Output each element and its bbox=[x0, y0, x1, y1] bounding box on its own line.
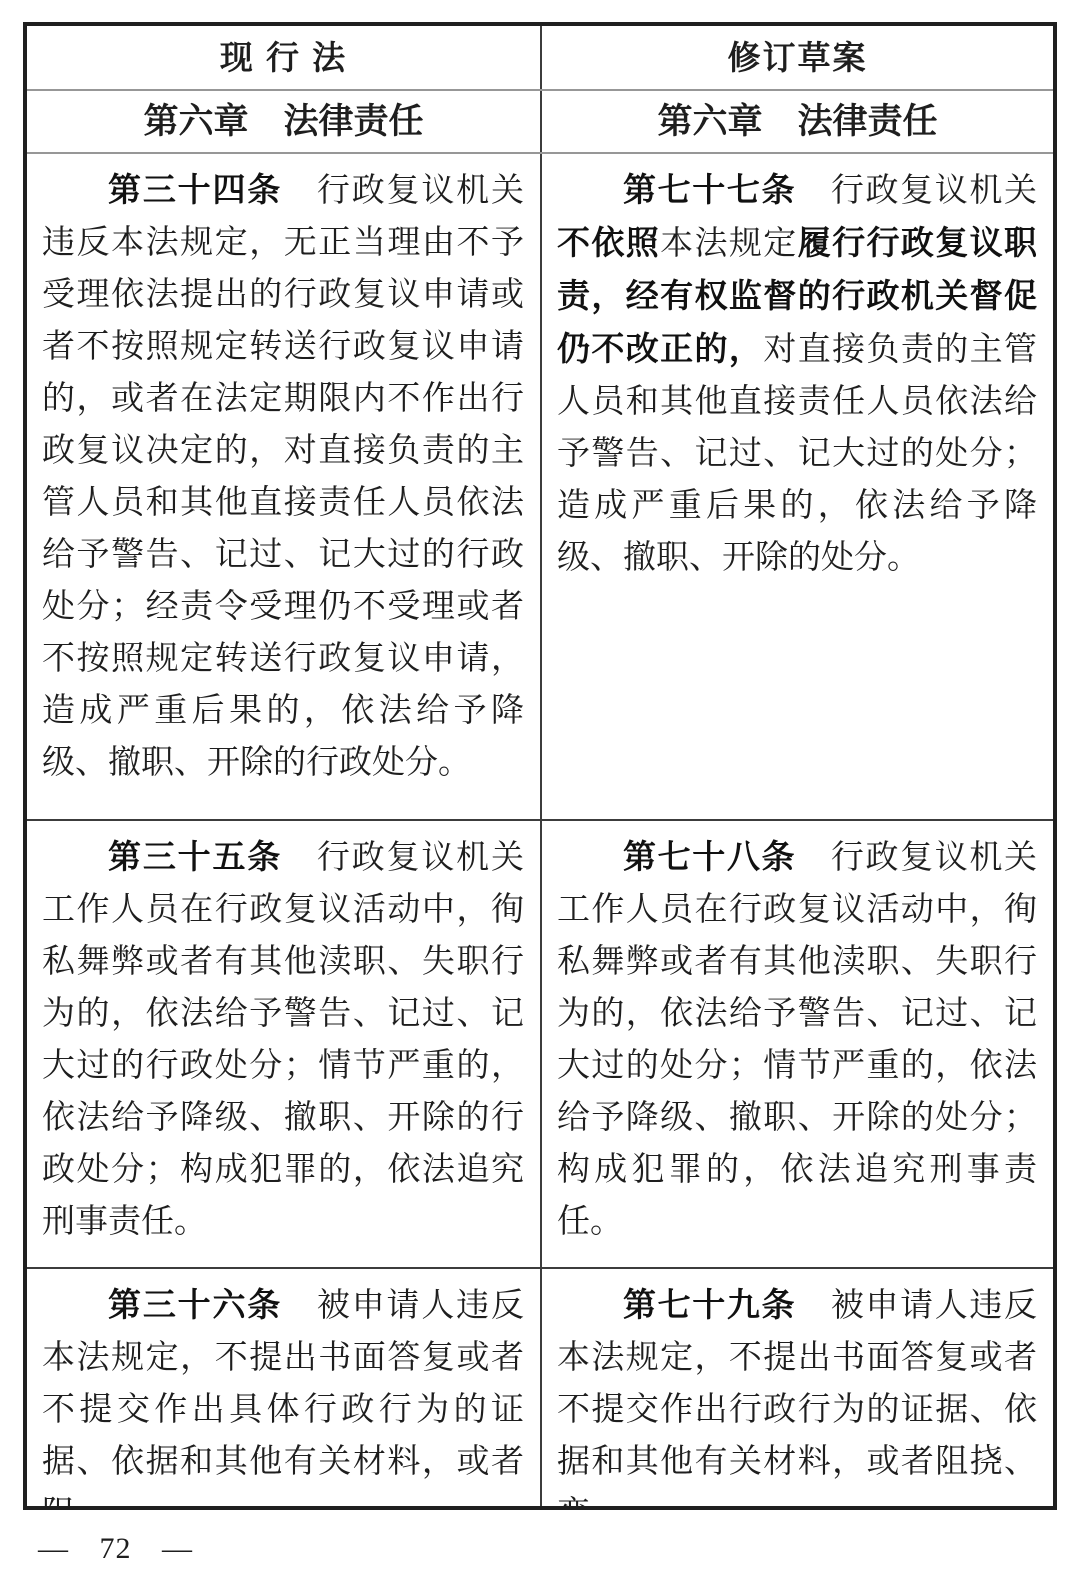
article-cell-left-1: 第三十四条 行政复议机关违反本法规定，无正当理由不予受理依法提出的行政复议申请或… bbox=[27, 154, 540, 819]
column-title-revision-draft: 修订草案 bbox=[540, 26, 1053, 89]
article-row-1: 第三十四条 行政复议机关违反本法规定，无正当理由不予受理依法提出的行政复议申请或… bbox=[27, 154, 1053, 821]
bold-text-segment: 第三十四条 bbox=[108, 171, 282, 208]
bold-text-segment: 第七十八条 bbox=[623, 838, 796, 875]
bold-text-segment: 第三十五条 bbox=[108, 838, 282, 875]
article-cell-right-2: 第七十八条 行政复议机关工作人员在行政复议活动中，徇私舞弊或者有其他渎职、失职行… bbox=[540, 821, 1053, 1267]
article-cell-left-2: 第三十五条 行政复议机关工作人员在行政复议活动中，徇私舞弊或者有其他渎职、失职行… bbox=[27, 821, 540, 1267]
text-segment: 对直接负责的主管人员和其他直接责任人员依法给予警告、记过、记大过的处分；造成严重… bbox=[557, 332, 1037, 576]
text-segment: 行政复议机关违反本法规定，无正当理由不予受理依法提出的行政复议申请或者不按照规定… bbox=[42, 173, 524, 781]
article-paragraph: 第七十七条 行政复议机关不依照本法规定履行行政复议职责，经有权监督的行政机关督促… bbox=[557, 164, 1037, 584]
text-segment: 本法规定 bbox=[660, 226, 798, 262]
chapter-heading-row: 第六章 法律责任 第六章 法律责任 bbox=[27, 91, 1053, 154]
bold-text-segment: 不依照 bbox=[557, 224, 660, 261]
article-paragraph: 第三十五条 行政复议机关工作人员在行政复议活动中，徇私舞弊或者有其他渎职、失职行… bbox=[42, 831, 524, 1248]
chapter-heading-right: 第六章 法律责任 bbox=[540, 91, 1053, 152]
table-header-row: 现 行 法 修订草案 bbox=[27, 26, 1053, 91]
page-number: — 72 — bbox=[38, 1532, 193, 1566]
article-cell-right-3: 第七十九条 被申请人违反本法规定，不提出书面答复或者不提交作出行政行为的证据、依… bbox=[540, 1269, 1053, 1506]
article-paragraph: 第七十八条 行政复议机关工作人员在行政复议活动中，徇私舞弊或者有其他渎职、失职行… bbox=[557, 831, 1037, 1248]
article-cell-left-3: 第三十六条 被申请人违反本法规定，不提出书面答复或者不提交作出具体行政行为的证据… bbox=[27, 1269, 540, 1506]
article-cell-right-1: 第七十七条 行政复议机关不依照本法规定履行行政复议职责，经有权监督的行政机关督促… bbox=[540, 154, 1053, 819]
bold-text-segment: 第三十六条 bbox=[108, 1286, 282, 1323]
article-paragraph: 第七十九条 被申请人违反本法规定，不提出书面答复或者不提交作出行政行为的证据、依… bbox=[557, 1279, 1037, 1506]
article-paragraph: 第三十六条 被申请人违反本法规定，不提出书面答复或者不提交作出具体行政行为的证据… bbox=[42, 1279, 524, 1506]
bold-text-segment: 第七十七条 bbox=[623, 171, 796, 208]
table-body: 第三十四条 行政复议机关违反本法规定，无正当理由不予受理依法提出的行政复议申请或… bbox=[27, 154, 1053, 1506]
law-comparison-table: 现 行 法 修订草案 第六章 法律责任 第六章 法律责任 第三十四条 行政复议机… bbox=[23, 22, 1057, 1510]
article-paragraph: 第三十四条 行政复议机关违反本法规定，无正当理由不予受理依法提出的行政复议申请或… bbox=[42, 164, 524, 789]
text-segment: 行政复议机关工作人员在行政复议活动中，徇私舞弊或者有其他渎职、失职行为的，依法给… bbox=[42, 840, 524, 1240]
chapter-heading-left: 第六章 法律责任 bbox=[27, 91, 540, 152]
text-segment: 行政复议机关 bbox=[796, 173, 1037, 209]
article-row-2: 第三十五条 行政复议机关工作人员在行政复议活动中，徇私舞弊或者有其他渎职、失职行… bbox=[27, 821, 1053, 1269]
column-title-current-law: 现 行 法 bbox=[27, 26, 540, 89]
text-segment: 行政复议机关工作人员在行政复议活动中，徇私舞弊或者有其他渎职、失职行为的，依法给… bbox=[557, 840, 1037, 1240]
bold-text-segment: 第七十九条 bbox=[623, 1286, 796, 1323]
article-row-3: 第三十六条 被申请人违反本法规定，不提出书面答复或者不提交作出具体行政行为的证据… bbox=[27, 1269, 1053, 1506]
